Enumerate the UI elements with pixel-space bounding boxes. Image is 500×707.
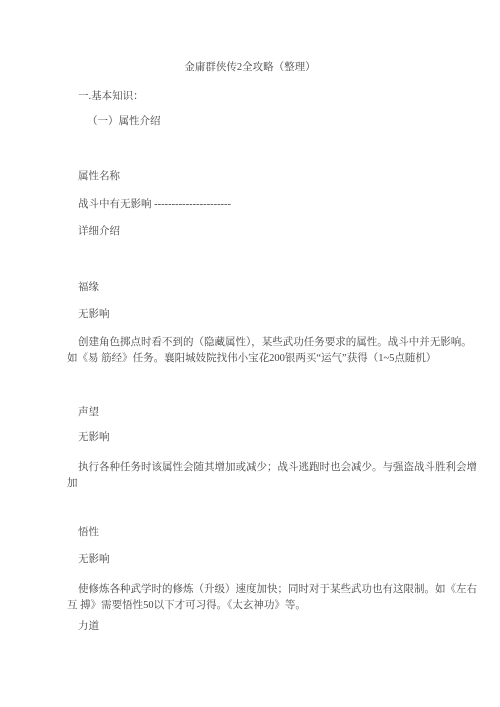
detail-line: 创建角色掷点时看不到的（隐藏属性），某些武功任务要求的属性。战斗中并无影响。: [67, 335, 490, 351]
attribute-name-wuxing: 悟性: [67, 525, 490, 541]
attribute-detail-shengwang: 执行各种任务时该属性会随其增加或减少；战斗逃跑时也会减少。与强盗战斗胜利会增 加: [67, 460, 490, 491]
attribute-effect-fuyuan: 无影响: [67, 307, 490, 323]
column-label-detail-intro: 详细介绍: [67, 224, 490, 240]
subsection-heading: （一）属性介绍: [67, 114, 490, 130]
detail-line: 执行各种任务时该属性会随其增加或减少；战斗逃跑时也会减少。与强盗战斗胜利会增: [67, 460, 490, 476]
document-page: 金庸群侠传2全攻略（整理） 一.基本知识： （一）属性介绍 属性名称 战斗中有无…: [0, 0, 500, 707]
attribute-name-lidao: 力道: [67, 619, 490, 635]
document-title: 金庸群侠传2全攻略（整理）: [0, 60, 500, 76]
section-heading: 一.基本知识：: [67, 89, 490, 105]
attribute-effect-shengwang: 无影响: [67, 430, 490, 446]
column-label-attribute-name: 属性名称: [67, 169, 490, 185]
detail-line: 互 搏》需要悟性50以下才可习得。《太玄神功》等。: [67, 598, 490, 614]
attribute-name-fuyuan: 福缘: [67, 280, 490, 296]
column-label-battle-effect: 战斗中有无影响 ----------------------: [67, 197, 490, 213]
detail-line: 使修炼各种武学时的修炼（升级）速度加快；同时对于某些武功也有这限制。如《左右: [67, 582, 490, 598]
attribute-effect-wuxing: 无影响: [67, 552, 490, 568]
detail-line: 加: [67, 476, 490, 492]
detail-line: 如《易 筋经》任务。襄阳城妓院找伟小宝花200银两买“运气”获得（1~5点随机）: [67, 351, 490, 367]
attribute-detail-wuxing: 使修炼各种武学时的修炼（升级）速度加快；同时对于某些武功也有这限制。如《左右 互…: [67, 582, 490, 613]
attribute-detail-fuyuan: 创建角色掷点时看不到的（隐藏属性），某些武功任务要求的属性。战斗中并无影响。 如…: [67, 335, 490, 366]
attribute-name-shengwang: 声望: [67, 405, 490, 421]
